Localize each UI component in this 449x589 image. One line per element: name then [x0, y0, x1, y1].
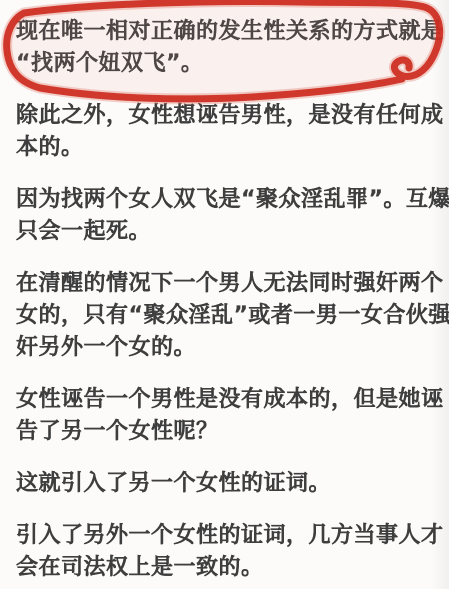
paragraph-7: 引入了另外一个女性的证词，几方当事人才 会在司法权上是一致的。	[16, 520, 449, 584]
text-line: 这就引入了另一个女性的证词。	[16, 468, 449, 500]
text-line: 女性诬告一个男性是没有成本的，但是她诬	[16, 384, 449, 416]
paragraph-5: 女性诬告一个男性是没有成本的，但是她诬 告了另一个女性呢？	[16, 384, 449, 448]
text-line: 女的，只有“聚众淫乱”或者一男一女合伙强	[16, 300, 449, 332]
text-line: 只会一起死。	[16, 216, 449, 248]
text-line: 告了另一个女性呢？	[16, 416, 449, 448]
paragraph-4: 在清醒的情况下一个男人无法同时强奸两个 女的，只有“聚众淫乱”或者一男一女合伙强…	[16, 268, 449, 364]
text-line: 在清醒的情况下一个男人无法同时强奸两个	[16, 268, 449, 300]
paragraph-3: 因为找两个女人双飞是“聚众淫乱罪”。互爆 只会一起死。	[16, 184, 449, 248]
text-line: “找两个妞双飞”。	[16, 48, 449, 80]
text-line: 因为找两个女人双飞是“聚众淫乱罪”。互爆	[16, 184, 449, 216]
paragraph-1-circled: 现在唯一相对正确的发生性关系的方式就是 “找两个妞双飞”。	[16, 16, 449, 80]
paragraph-6: 这就引入了另一个女性的证词。	[16, 468, 449, 500]
text-line: 会在司法权上是一致的。	[16, 552, 449, 584]
text-line: 奸另外一个女的。	[16, 332, 449, 364]
text-line: 引入了另外一个女性的证词，几方当事人才	[16, 520, 449, 552]
text-line: 本的。	[16, 132, 449, 164]
paragraph-2: 除此之外，女性想诬告男性，是没有任何成 本的。	[16, 100, 449, 164]
screenshot-page: 现在唯一相对正确的发生性关系的方式就是 “找两个妞双飞”。 除此之外，女性想诬告…	[0, 0, 449, 589]
text-line: 除此之外，女性想诬告男性，是没有任何成	[16, 100, 449, 132]
text-line: 现在唯一相对正确的发生性关系的方式就是	[16, 16, 449, 48]
article-body: 现在唯一相对正确的发生性关系的方式就是 “找两个妞双飞”。 除此之外，女性想诬告…	[0, 0, 449, 584]
